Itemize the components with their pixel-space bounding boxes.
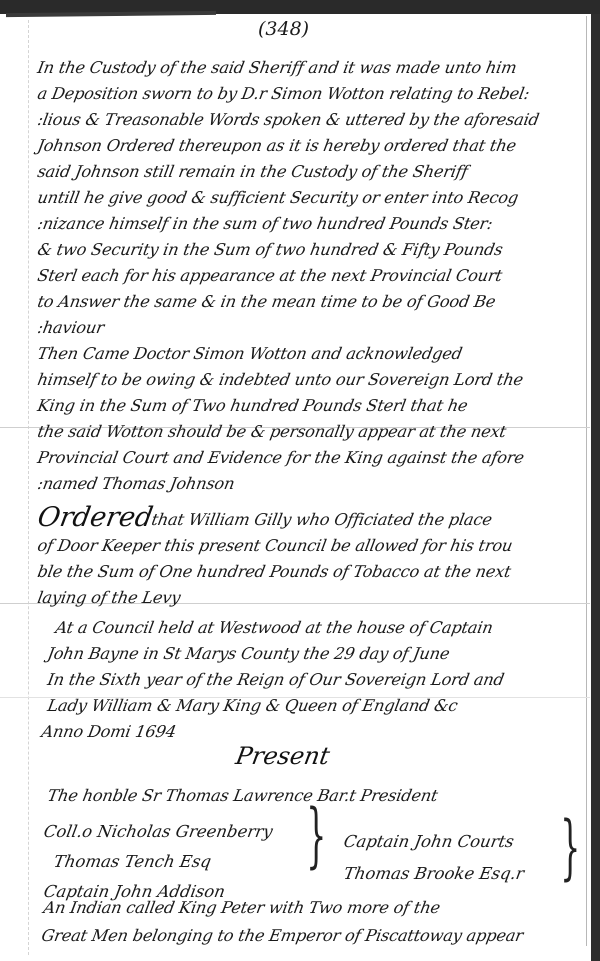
text-line: & two Security in the Sum of two hundred… [36, 240, 504, 259]
text-line: :haviour [36, 318, 106, 337]
text-line: said Johnson still remain in the Custody… [36, 162, 469, 181]
page-number: (348) [258, 18, 309, 40]
present-heading: Present [234, 742, 332, 770]
text-line: a Deposition sworn to by D.r Simon Wotto… [36, 84, 531, 103]
text-line: :named Thomas Johnson [36, 474, 236, 493]
text-line: ble the Sum of One hundred Pounds of Tob… [36, 562, 512, 581]
text-line: At a Council held at Westwood at the hou… [54, 618, 494, 637]
text-line: the said Wotton should be & personally a… [36, 422, 508, 441]
text-line: Great Men belonging to the Emperor of Pi… [40, 926, 525, 945]
text-line: In the Sixth year of the Reign of Our So… [46, 670, 506, 689]
text-line: that William Gilly who Officiated the pl… [150, 510, 494, 529]
right-brace: } [560, 812, 580, 882]
member-name: Thomas Brooke Esq.r [342, 864, 525, 883]
text-line: to Answer the same & in the mean time to… [36, 292, 497, 311]
member-name: Coll.o Nicholas Greenberry [42, 822, 274, 841]
text-line: Provincial Court and Evidence for the Ki… [36, 448, 526, 467]
text-line: laying of the Levy [36, 588, 182, 607]
text-line: King in the Sum of Two hundred Pounds St… [36, 396, 469, 415]
text-line: An Indian called King Peter with Two mor… [42, 898, 442, 917]
member-name: Captain John Courts [342, 832, 515, 851]
left-brace: } [306, 800, 326, 870]
text-line: himself to be owing & indebted unto our … [36, 370, 525, 389]
text-line: :lious & Treasonable Words spoken & utte… [36, 110, 541, 129]
text-line: Lady William & Mary King & Queen of Engl… [46, 696, 459, 715]
text-line: Anno Domi 1694 [40, 722, 178, 741]
text-line: untill he give good & sufficient Securit… [36, 188, 520, 207]
manuscript-page: (348) In the Custody of the said Sheriff… [0, 0, 590, 961]
text-line: Sterl each for his appearance at the nex… [36, 266, 504, 285]
text-line: :nizance himself in the sum of two hundr… [36, 214, 494, 233]
text-line: of Door Keeper this present Council be a… [36, 536, 514, 555]
president-line: The honble Sr Thomas Lawrence Bar.t Pres… [46, 786, 439, 805]
ordered-heading: Ordered [35, 502, 155, 533]
text-line: Then Came Doctor Simon Wotton and acknow… [36, 344, 464, 363]
scan-right-border [591, 14, 600, 961]
text-line: John Bayne in St Marys County the 29 day… [46, 644, 451, 663]
member-name: Thomas Tench Esq [52, 852, 212, 871]
text-line: Johnson Ordered thereupon as it is hereb… [36, 136, 518, 155]
text-line: In the Custody of the said Sheriff and i… [36, 58, 518, 77]
